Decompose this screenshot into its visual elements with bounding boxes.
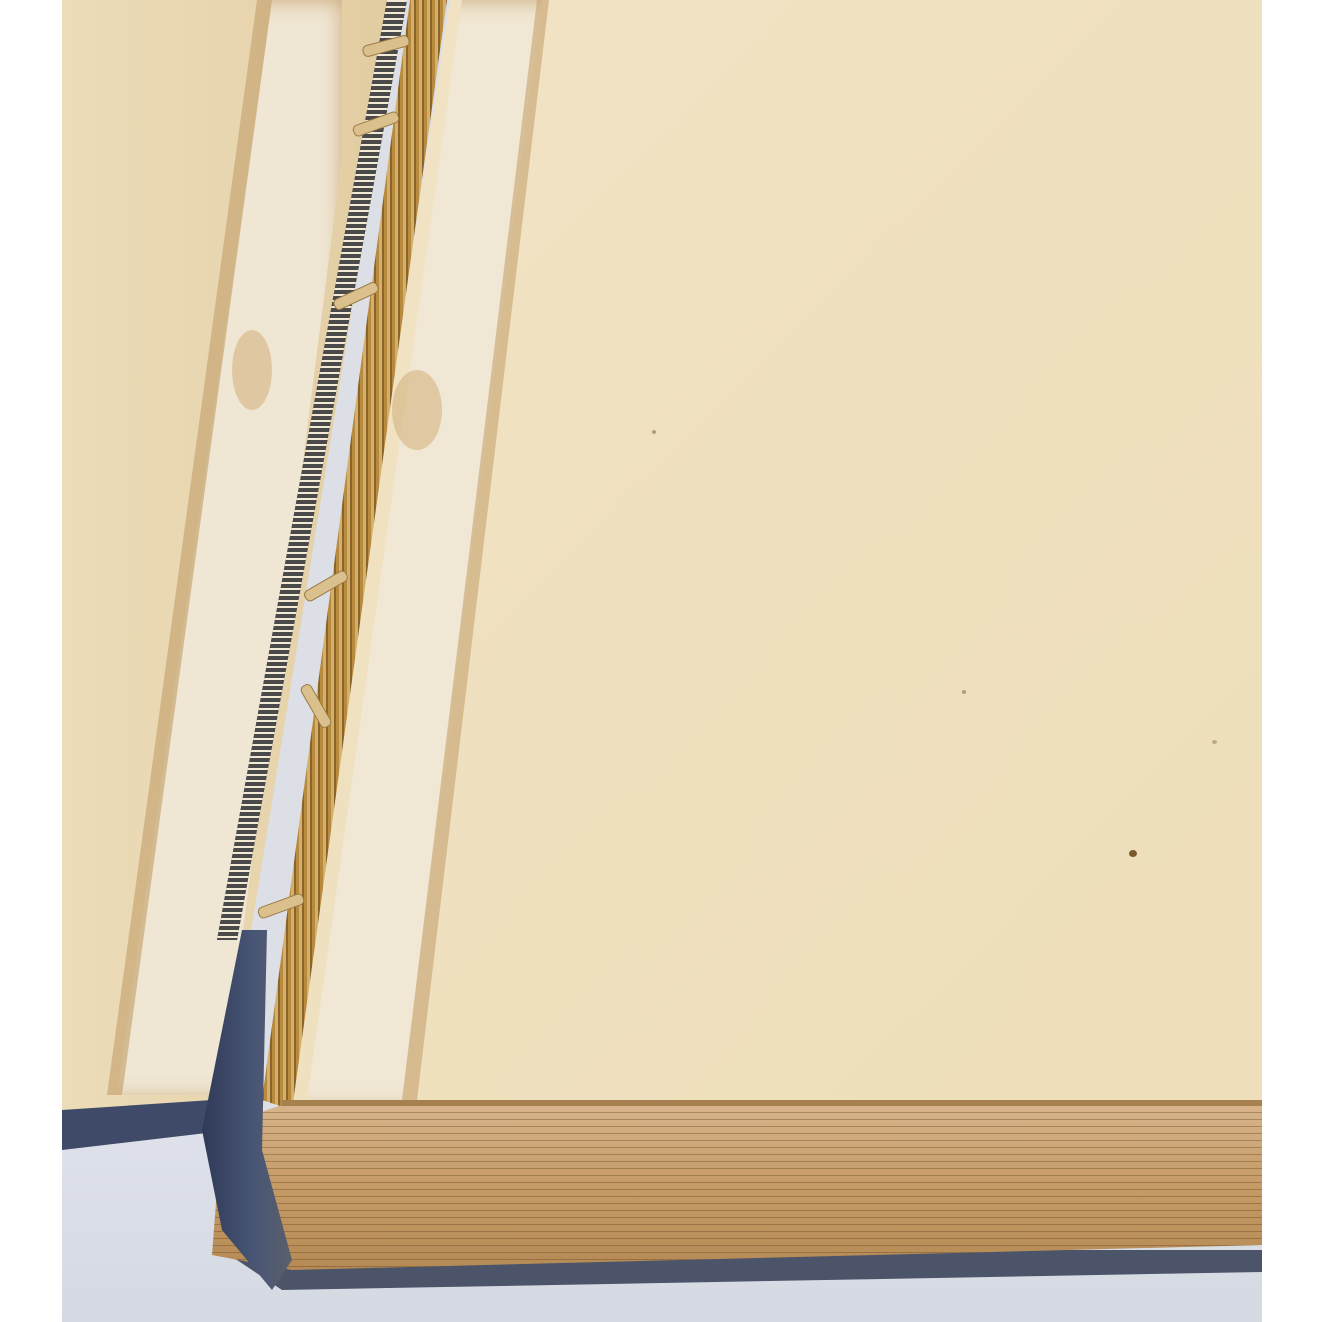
stain-blot xyxy=(392,370,442,450)
page-block-edge xyxy=(212,1105,1262,1270)
foxing-spot xyxy=(1129,850,1137,857)
foxing-spot xyxy=(962,690,966,694)
foxing-spot xyxy=(652,430,656,434)
book-photo: Close-up of an open old book showing wat… xyxy=(62,0,1262,1322)
page-edge-top-line xyxy=(282,1100,1262,1106)
stain-blot xyxy=(232,330,272,410)
foxing-spot xyxy=(1212,740,1217,744)
